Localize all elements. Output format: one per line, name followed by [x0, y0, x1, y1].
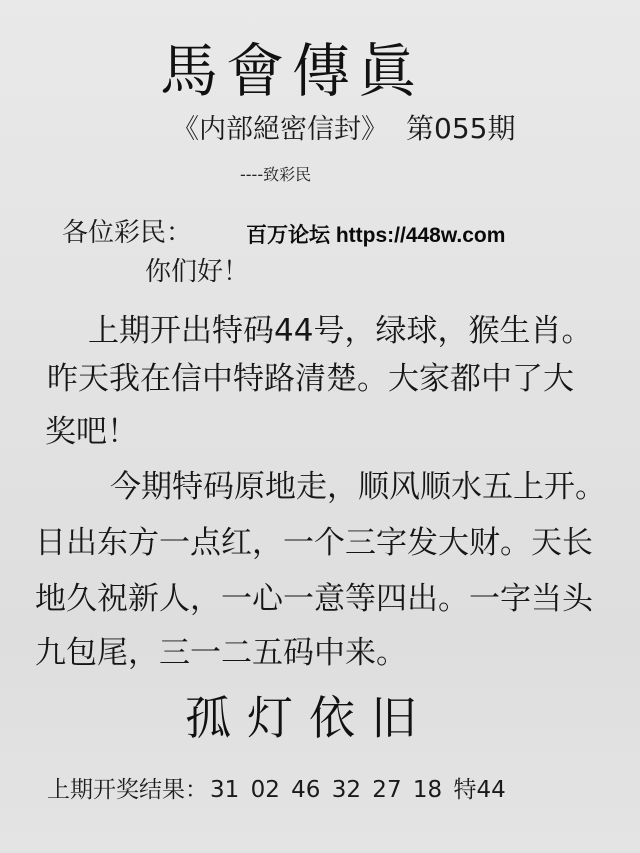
- greeting: 各位彩民：: [62, 217, 192, 249]
- watermark-link: 百万论坛 https://448w.com: [246, 223, 505, 249]
- document-title: 馬會傳眞: [160, 38, 440, 104]
- hello-line: 你们好！: [145, 256, 249, 288]
- last-results: 上期开奖结果：31 02 46 32 27 18 特44: [47, 775, 506, 805]
- paragraph1-line-1: 上期开出特码44号，绿球，猴生肖。: [88, 312, 592, 350]
- paragraph2-line-1: 今期特码原地走，顺风顺水五上开。: [110, 468, 606, 506]
- paragraph1-line-3: 奖吧！: [45, 413, 138, 451]
- paragraph1-line-2: 昨天我在信中特路清楚。大家都中了大: [47, 360, 574, 398]
- paragraph2-line-4: 九包尾，三一二五码中来。: [35, 634, 407, 672]
- last-results-numbers: 31 02 46 32 27 18 特44: [210, 777, 506, 803]
- fax-document: 馬會傳眞 《内部絕密信封》第055期 ----致彩民 各位彩民： 百万论坛 ht…: [0, 0, 640, 853]
- paragraph2-line-2: 日出东方一点红，一个三字发大财。天长: [35, 524, 593, 562]
- dedication: ----致彩民: [240, 165, 311, 185]
- subtitle-label: 《内部絕密信封》: [172, 114, 388, 145]
- paragraph2-line-3: 地久祝新人，一心一意等四出。一字当头: [35, 580, 593, 618]
- issue-number: 第055期: [406, 112, 515, 145]
- document-subtitle: 《内部絕密信封》第055期: [172, 112, 515, 147]
- last-results-label: 上期开奖结果：: [47, 777, 208, 803]
- motto: 孤灯依旧: [185, 690, 433, 746]
